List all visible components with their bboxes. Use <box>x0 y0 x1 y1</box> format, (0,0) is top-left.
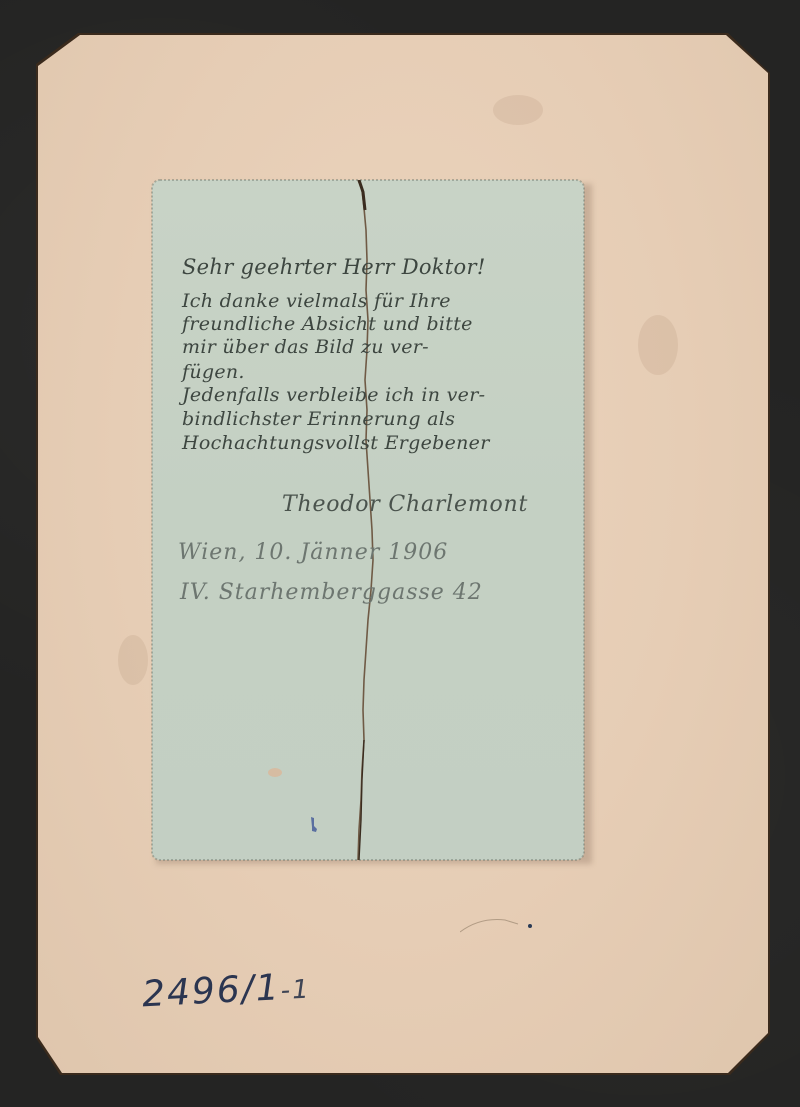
board-stain <box>493 95 543 125</box>
signature: Theodor Charlemont <box>282 492 528 517</box>
blue-ink-mark <box>310 817 318 833</box>
letter-body-line-4: fügen. <box>182 361 245 383</box>
address-line: IV. Starhemberggasse 42 <box>180 580 483 605</box>
salutation: Sehr geehrter Herr Doktor! <box>182 256 486 278</box>
letter-body-line-7: Hochachtungsvollst Ergebener <box>182 432 490 454</box>
inventory-number-main: 2496/1 <box>141 967 282 1015</box>
board-stain <box>638 315 678 375</box>
letter-body-line-1: Ich danke vielmals für Ihre <box>182 290 451 312</box>
board-scratch <box>460 912 560 942</box>
letter-body-line-3: mir über das Bild zu ver- <box>182 336 429 358</box>
board-stain <box>118 635 148 685</box>
date-line: Wien, 10. Jänner 1906 <box>178 540 448 565</box>
inventory-number-suffix: -1 <box>280 975 311 1007</box>
letter-body-line-5: Jedenfalls verbleibe ich in ver- <box>182 384 485 406</box>
letter-card <box>152 180 584 860</box>
letter-body-line-2: freundliche Absicht und bitte <box>182 313 473 335</box>
card-stain <box>268 768 282 777</box>
letter-body-line-6: bindlichster Erinnerung als <box>182 408 455 430</box>
tear-line <box>152 180 584 860</box>
